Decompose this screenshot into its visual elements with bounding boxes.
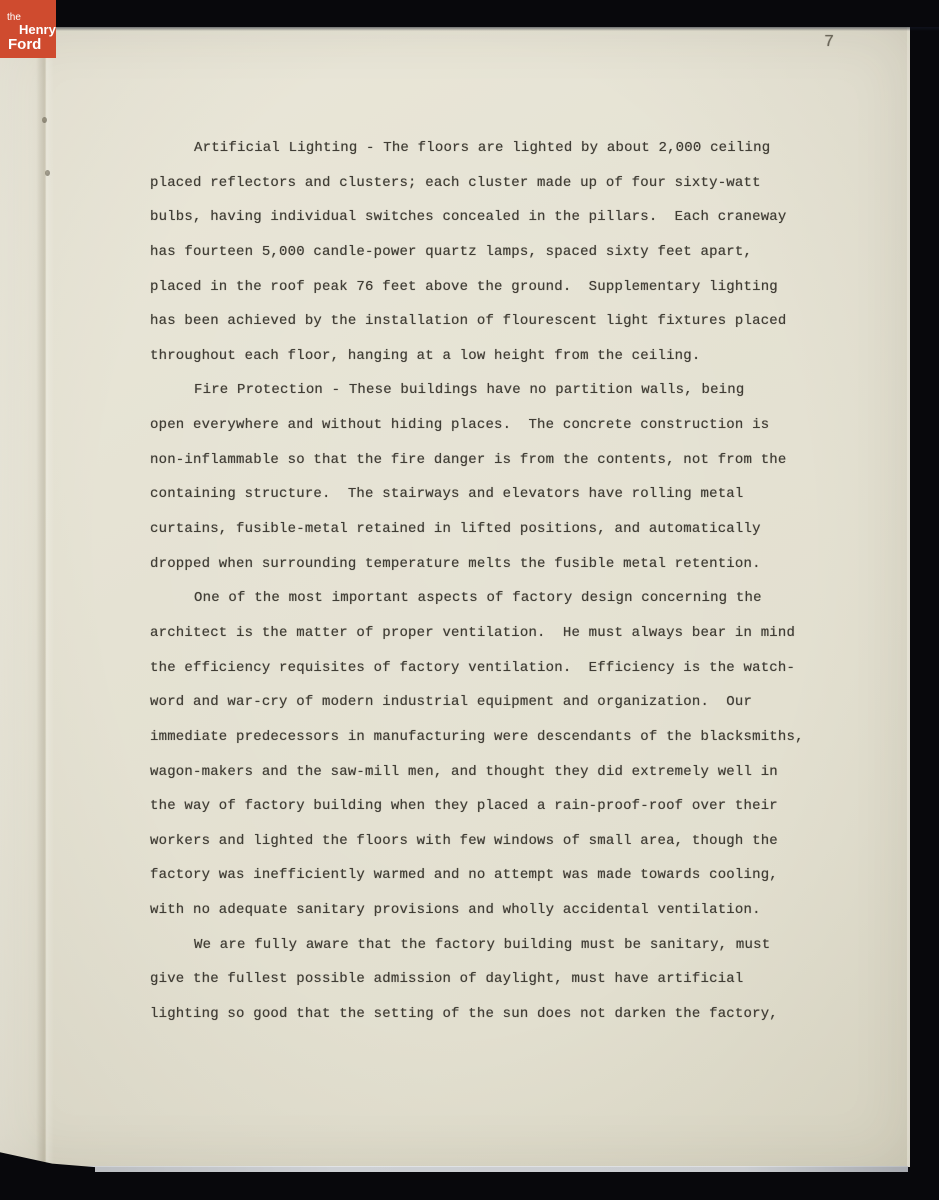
text-line: lighting so good that the setting of the… (150, 997, 840, 1032)
text-line: workers and lighted the floors with few … (150, 824, 840, 859)
henry-ford-logo: the Henry Ford (0, 0, 56, 58)
text-line: the efficiency requisites of factory ven… (150, 651, 840, 686)
text-line: architect is the matter of proper ventil… (150, 616, 840, 651)
scanned-page: the Henry Ford 7 Artificial Lighting - T… (0, 0, 939, 1200)
text-line: throughout each floor, hanging at a low … (150, 339, 840, 374)
binding-crease (36, 27, 54, 1167)
page-number: 7 (824, 33, 834, 52)
text-line: placed reflectors and clusters; each clu… (150, 166, 840, 201)
text-line: has fourteen 5,000 candle-power quartz l… (150, 235, 840, 270)
page-top-shadow (0, 27, 939, 31)
document-body: Artificial Lighting - The floors are lig… (150, 131, 840, 1032)
text-line: give the fullest possible admission of d… (150, 962, 840, 997)
text-line: Fire Protection - These buildings have n… (150, 373, 840, 408)
text-line: placed in the roof peak 76 feet above th… (150, 270, 840, 305)
text-line: non-inflammable so that the fire danger … (150, 443, 840, 478)
logo-word-henry: Henry (19, 23, 56, 36)
text-line: immediate predecessors in manufacturing … (150, 720, 840, 755)
text-line: curtains, fusible-metal retained in lift… (150, 512, 840, 547)
logo-word-ford: Ford (8, 37, 41, 52)
text-line: has been achieved by the installation of… (150, 304, 840, 339)
text-line: containing structure. The stairways and … (150, 477, 840, 512)
text-line: wagon-makers and the saw-mill men, and t… (150, 755, 840, 790)
text-line: word and war-cry of modern industrial eq… (150, 685, 840, 720)
text-line: bulbs, having individual switches concea… (150, 200, 840, 235)
text-line: the way of factory building when they pl… (150, 789, 840, 824)
text-line: dropped when surrounding temperature mel… (150, 547, 840, 582)
binding-hole (42, 117, 47, 123)
binding-hole (45, 170, 50, 176)
text-line: with no adequate sanitary provisions and… (150, 893, 840, 928)
text-line: factory was inefficiently warmed and no … (150, 858, 840, 893)
text-line: We are fully aware that the factory buil… (150, 928, 840, 963)
previous-page-edge (0, 27, 40, 1167)
text-line: open everywhere and without hiding place… (150, 408, 840, 443)
text-line: One of the most important aspects of fac… (150, 581, 840, 616)
text-line: Artificial Lighting - The floors are lig… (150, 131, 840, 166)
page-stack-edge (88, 1166, 908, 1172)
